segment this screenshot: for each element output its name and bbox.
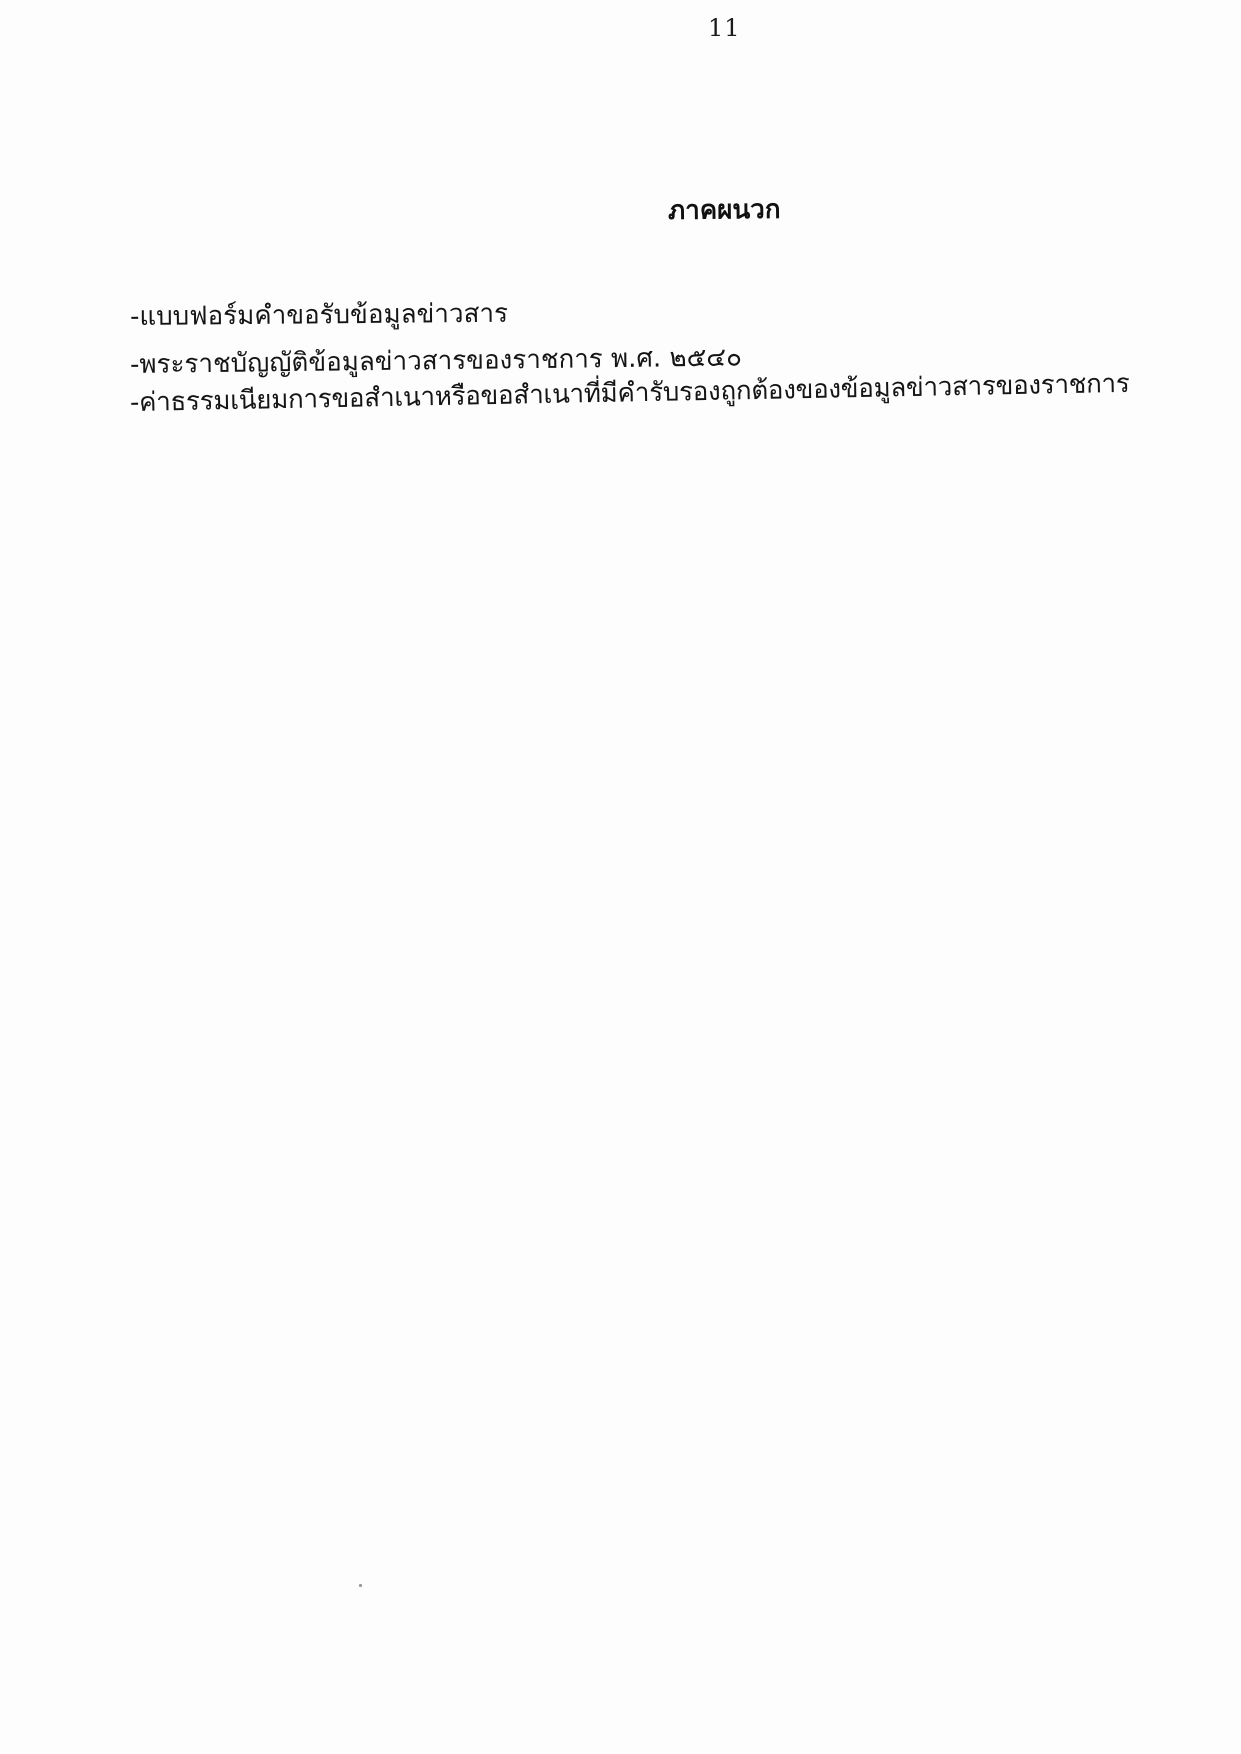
page-number: 11	[708, 14, 741, 42]
appendix-heading: ภาคผนวก	[668, 189, 781, 231]
appendix-item-request-form: -แบบฟอร์มคำขอรับข้อมูลข่าวสาร	[130, 297, 508, 334]
scan-artifact	[359, 1584, 362, 1587]
